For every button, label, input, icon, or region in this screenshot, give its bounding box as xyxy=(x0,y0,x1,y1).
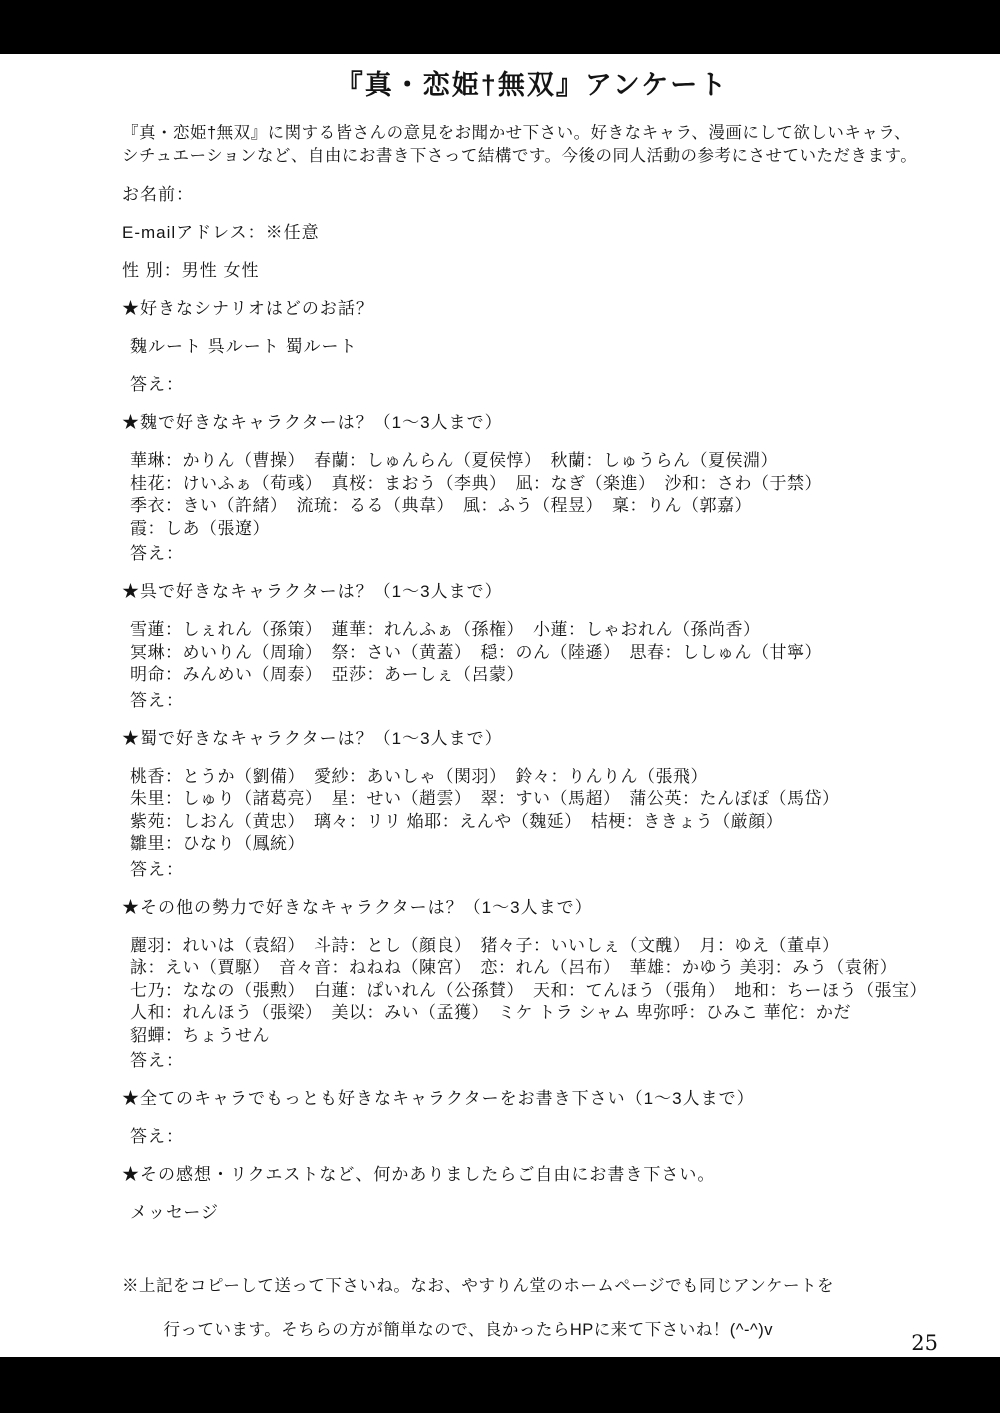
others-line-1: 麗羽：れいは（袁紹） 斗詩：とし（顔良） 猪々子：いいしぇ（文醜） 月：ゆえ（董… xyxy=(130,935,942,958)
survey-page: 『真・恋姫†無双』アンケート 『真・恋姫†無双』に関する皆さんの意見をお聞かせ下… xyxy=(0,0,1000,1413)
wei-answer-label: 答え： xyxy=(122,543,942,564)
wu-line-2: 冥琳：めいりん（周瑜） 祭：さい（黄蓋） 穏：のん（陸遜） 思春：ししゅん（甘寧… xyxy=(130,642,942,665)
others-line-2: 詠：えい（賈駆） 音々音：ねねね（陳宮） 恋：れん（呂布） 華雄：かゆう 美羽：… xyxy=(130,957,942,980)
others-character-list: 麗羽：れいは（袁紹） 斗詩：とし（顔良） 猪々子：いいしぇ（文醜） 月：ゆえ（董… xyxy=(122,935,942,1048)
shu-character-list: 桃香：とうか（劉備） 愛紗：あいしゃ（関羽） 鈴々：りんりん（張飛） 朱里：しゅ… xyxy=(122,766,942,856)
shu-line-2: 朱里：しゅり（諸葛亮） 星：せい（趙雲） 翠：すい（馬超） 蒲公英：たんぽぽ（馬… xyxy=(130,788,942,811)
others-question: ★その他の勢力で好きなキャラクターは？（1～3人まで） xyxy=(122,897,942,918)
wei-line-4: 霞：しあ（張遼） xyxy=(130,518,942,541)
shu-line-4: 雛里：ひなり（鳳統） xyxy=(130,833,942,856)
wu-character-list: 雪蓮：しぇれん（孫策） 蓮華：れんふぁ（孫権） 小蓮：しゃおれん（孫尚香） 冥琳… xyxy=(122,619,942,687)
scenario-answer-label: 答え： xyxy=(122,374,942,395)
others-line-3: 七乃：ななの（張勲） 白蓮：ぱいれん（公孫賛） 天和：てんほう（張角） 地和：ち… xyxy=(130,980,942,1003)
footer-note: ※上記をコピーして送って下さいね。なお、やすりん堂のホームページでも同じアンケー… xyxy=(122,1275,942,1341)
wu-answer-label: 答え： xyxy=(122,690,942,711)
shu-line-1: 桃香：とうか（劉備） 愛紗：あいしゃ（関羽） 鈴々：りんりん（張飛） xyxy=(130,766,942,789)
shu-line-3: 紫苑：しおん（黄忠） 璃々：リリ 焔耶：えんや（魏延） 桔梗：ききょう（厳顔） xyxy=(130,811,942,834)
wei-character-list: 華琳：かりん（曹操） 春蘭：しゅんらん（夏侯惇） 秋蘭：しゅうらん（夏侯淵） 桂… xyxy=(122,450,942,540)
wei-line-1: 華琳：かりん（曹操） 春蘭：しゅんらん（夏侯惇） 秋蘭：しゅうらん（夏侯淵） xyxy=(130,450,942,473)
field-gender-label: 性 別：男性 女性 xyxy=(122,260,942,281)
wei-question: ★魏で好きなキャラクターは？（1～3人まで） xyxy=(122,412,942,433)
page-content: 『真・恋姫†無双』アンケート 『真・恋姫†無双』に関する皆さんの意見をお聞かせ下… xyxy=(0,54,1000,1357)
wu-line-1: 雪蓮：しぇれん（孫策） 蓮華：れんふぁ（孫権） 小蓮：しゃおれん（孫尚香） xyxy=(130,619,942,642)
wu-question: ★呉で好きなキャラクターは？（1～3人まで） xyxy=(122,581,942,602)
feedback-question: ★その感想・リクエストなど、何かありましたらご自由にお書き下さい。 xyxy=(122,1164,942,1185)
others-answer-label: 答え： xyxy=(122,1050,942,1071)
intro-line-2: シチュエーションなど、自由にお書き下さって結構です。今後の同人活動の参考にさせて… xyxy=(122,145,942,168)
top-border-band xyxy=(0,0,1000,54)
wei-line-2: 桂花：けいふぁ（荀彧） 真桜：まおう（李典） 凪：なぎ（楽進） 沙和：さわ（于禁… xyxy=(130,473,942,496)
scenario-options: 魏ルート 呉ルート 蜀ルート xyxy=(122,336,942,357)
wu-line-3: 明命：みんめい（周泰） 亞莎：あーしぇ（呂蒙） xyxy=(130,664,942,687)
others-line-5: 貂蟬：ちょうせん xyxy=(130,1025,942,1048)
overall-answer-label: 答え： xyxy=(122,1126,942,1147)
page-title: 『真・恋姫†無双』アンケート xyxy=(122,68,942,102)
field-name-label: お名前： xyxy=(122,184,942,205)
bottom-border-band xyxy=(0,1357,1000,1413)
footer-note-line-2: 行っています。そちらの方が簡単なので、良かったらHPに来て下さいね！(^-^)v xyxy=(153,1321,774,1339)
wei-line-3: 季衣：きい（許緒） 流琉：るる（典韋） 風：ふう（程昱） 稟：りん（郭嘉） xyxy=(130,495,942,518)
scenario-question: ★好きなシナリオはどのお話？ xyxy=(122,298,942,319)
shu-question: ★蜀で好きなキャラクターは？（1～3人まで） xyxy=(122,728,942,749)
page-number: 25 xyxy=(911,1331,938,1355)
footer-note-line-1: ※上記をコピーして送って下さいね。なお、やすりん堂のホームページでも同じアンケー… xyxy=(122,1277,834,1295)
intro-line-1: 『真・恋姫†無双』に関する皆さんの意見をお聞かせ下さい。好きなキャラ、漫画にして… xyxy=(122,122,942,145)
overall-question: ★全てのキャラでもっとも好きなキャラクターをお書き下さい（1～3人まで） xyxy=(122,1088,942,1109)
feedback-message-label: メッセージ xyxy=(122,1202,942,1223)
others-line-4: 人和：れんほう（張梁） 美以：みい（孟獲） ミケ トラ シャム 卑弥呼：ひみこ … xyxy=(130,1002,942,1025)
shu-answer-label: 答え： xyxy=(122,859,942,880)
field-email-label: E-mailアドレス：※任意 xyxy=(122,222,942,243)
